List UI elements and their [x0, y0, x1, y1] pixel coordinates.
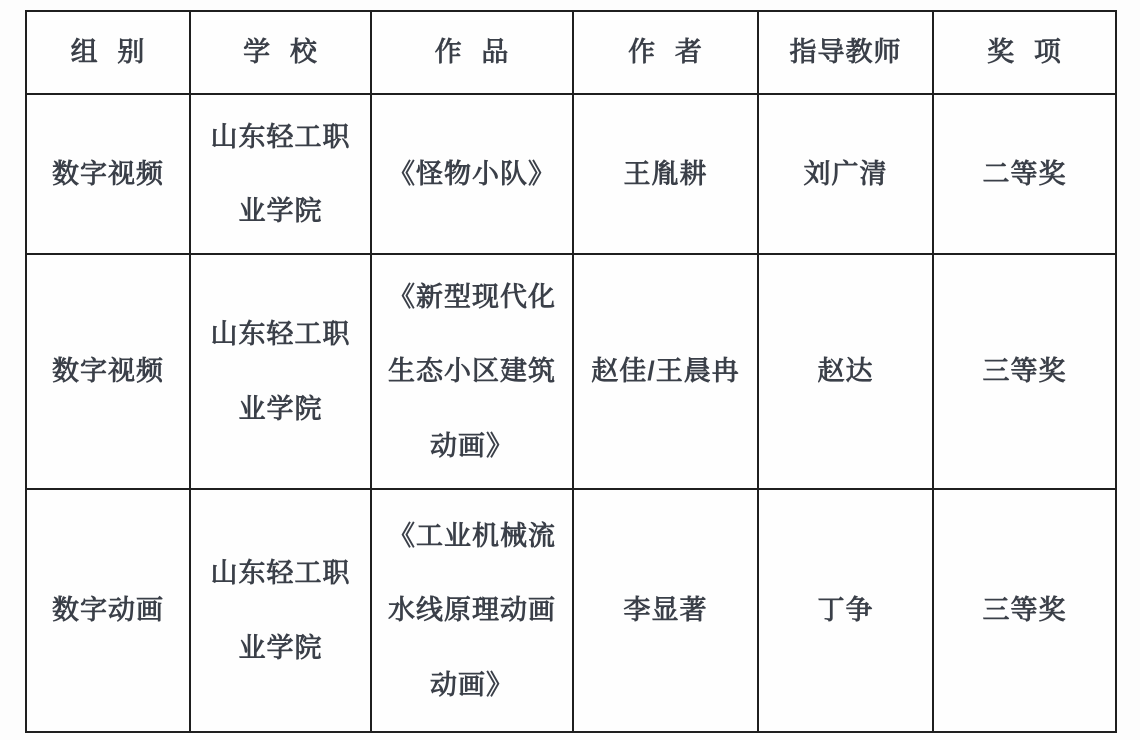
cell-school: 山东轻工职 业学院 [190, 489, 371, 732]
cell-group: 数字动画 [26, 489, 190, 732]
cell-school: 山东轻工职 业学院 [190, 94, 371, 254]
cell-author: 李显著 [573, 489, 758, 732]
cell-instructor: 丁争 [758, 489, 933, 732]
cell-group: 数字视频 [26, 94, 190, 254]
cell-award: 三等奖 [933, 254, 1116, 489]
award-results-table: 组 别 学 校 作 品 作 者 指导教师 奖 项 数字视频 山东轻工职 业学院 … [25, 10, 1117, 733]
header-cell-instructor: 指导教师 [758, 11, 933, 94]
header-cell-author: 作 者 [573, 11, 758, 94]
header-cell-school: 学 校 [190, 11, 371, 94]
document-page: 组 别 学 校 作 品 作 者 指导教师 奖 项 数字视频 山东轻工职 业学院 … [0, 0, 1140, 740]
cell-author: 王胤耕 [573, 94, 758, 254]
cell-author: 赵佳/王晨冉 [573, 254, 758, 489]
cell-group: 数字视频 [26, 254, 190, 489]
cell-award: 二等奖 [933, 94, 1116, 254]
cell-school: 山东轻工职 业学院 [190, 254, 371, 489]
table-row: 数字视频 山东轻工职 业学院 《怪物小队》 王胤耕 刘广清 二等奖 [26, 94, 1116, 254]
table-row: 数字动画 山东轻工职 业学院 《工业机械流 水线原理动画 动画》 李显著 丁争 … [26, 489, 1116, 732]
cell-work: 《工业机械流 水线原理动画 动画》 [371, 489, 573, 732]
header-cell-work: 作 品 [371, 11, 573, 94]
header-cell-group: 组 别 [26, 11, 190, 94]
table-header-row: 组 别 学 校 作 品 作 者 指导教师 奖 项 [26, 11, 1116, 94]
header-cell-award: 奖 项 [933, 11, 1116, 94]
cell-award: 三等奖 [933, 489, 1116, 732]
cell-instructor: 赵达 [758, 254, 933, 489]
cell-work: 《新型现代化 生态小区建筑 动画》 [371, 254, 573, 489]
cell-work: 《怪物小队》 [371, 94, 573, 254]
table-row: 数字视频 山东轻工职 业学院 《新型现代化 生态小区建筑 动画》 赵佳/王晨冉 … [26, 254, 1116, 489]
cell-instructor: 刘广清 [758, 94, 933, 254]
